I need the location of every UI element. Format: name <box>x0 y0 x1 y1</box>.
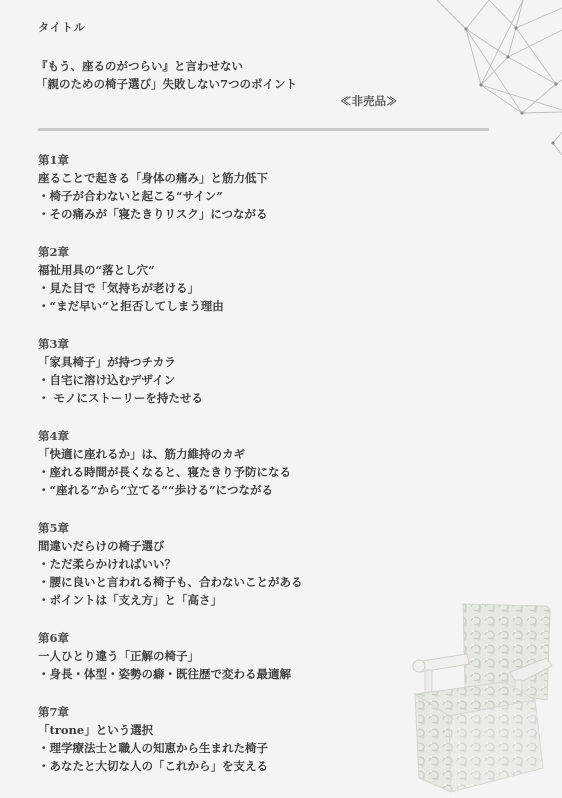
chapter-list: 第1章 座ることで起きる「身体の痛み」と筋力低下 ・椅子が合わないと起こる“サイ… <box>38 151 378 795</box>
divider <box>38 128 489 131</box>
headline-line-1: 『もう、座るのがつらい』と言わせない <box>36 57 297 75</box>
chapter-point: ・自宅に溶け込むデザイン <box>38 371 378 389</box>
chapter-number: 第1章 <box>38 151 378 169</box>
headline: 『もう、座るのがつらい』と言わせない 「親のための椅子選び」失敗しない7つのポイ… <box>36 57 297 93</box>
chapter-1: 第1章 座ることで起きる「身体の痛み」と筋力低下 ・椅子が合わないと起こる“サイ… <box>38 151 378 223</box>
chapter-point: ・あなたと大切な人の「これから」を支える <box>38 757 378 775</box>
chapter-5: 第5章 間違いだらけの椅子選び ・ただ柔らかければいい？ ・腰に良いと言われる椅… <box>38 519 378 609</box>
chapter-title: 座ることで起きる「身体の痛み」と筋力低下 <box>38 169 378 187</box>
chapter-point: ・理学療法士と職人の知恵から生まれた椅子 <box>38 739 378 757</box>
chapter-point: ・ポイントは「支え方」と「高さ」 <box>38 591 378 609</box>
chapter-point: ・椅子が合わないと起こる“サイン” <box>38 187 378 205</box>
chapter-title: 福祉用具の“落とし穴” <box>38 261 378 279</box>
chapter-2: 第2章 福祉用具の“落とし穴” ・見た目で「気持ちが老ける」 ・“まだ早い”と拒… <box>38 243 378 315</box>
title-label: タイトル <box>38 19 86 35</box>
chapter-number: 第5章 <box>38 519 378 537</box>
chapter-point: ・座れる時間が長くなると、寝たきり予防になる <box>38 463 378 481</box>
chapter-6: 第6章 一人ひとり違う「正解の椅子」 ・身長・体型・姿勢の癖・既往歴で変わる最適… <box>38 629 378 683</box>
not-for-sale-tag: ≪非売品≫ <box>340 93 398 109</box>
chapter-point: ・“まだ早い”と拒否してしまう理由 <box>38 297 378 315</box>
chapter-point: ・見た目で「気持ちが老ける」 <box>38 279 378 297</box>
chair-image <box>385 600 560 795</box>
chapter-point: ・その痛みが「寝たきりリスク」につながる <box>38 205 378 223</box>
chapter-title: 「快適に座れるか」は、筋力維持のカギ <box>38 445 378 463</box>
chapter-title: 「家具椅子」が持つチカラ <box>38 353 378 371</box>
chapter-point: ・“座れる”から“立てる”“歩ける”につながる <box>38 481 378 499</box>
chapter-point: ・ただ柔らかければいい？ <box>38 555 378 573</box>
chapter-number: 第2章 <box>38 243 378 261</box>
chapter-number: 第4章 <box>38 427 378 445</box>
chapter-number: 第3章 <box>38 335 378 353</box>
chapter-point: ・腰に良いと言われる椅子も、合わないことがある <box>38 573 378 591</box>
chapter-3: 第3章 「家具椅子」が持つチカラ ・自宅に溶け込むデザイン ・ モノにストーリー… <box>38 335 378 407</box>
chapter-number: 第7章 <box>38 703 378 721</box>
chapter-number: 第6章 <box>38 629 378 647</box>
chapter-7: 第7章 「trone」という選択 ・理学療法士と職人の知恵から生まれた椅子 ・あ… <box>38 703 378 775</box>
chapter-4: 第4章 「快適に座れるか」は、筋力維持のカギ ・座れる時間が長くなると、寝たきり… <box>38 427 378 499</box>
headline-line-2: 「親のための椅子選び」失敗しない7つのポイント <box>36 75 297 93</box>
chapter-title: 「trone」という選択 <box>38 721 378 739</box>
chapter-title: 一人ひとり違う「正解の椅子」 <box>38 647 378 665</box>
chapter-title: 間違いだらけの椅子選び <box>38 537 378 555</box>
chapter-point: ・身長・体型・姿勢の癖・既往歴で変わる最適解 <box>38 665 378 683</box>
chapter-point: ・ モノにストーリーを持たせる <box>38 389 378 407</box>
